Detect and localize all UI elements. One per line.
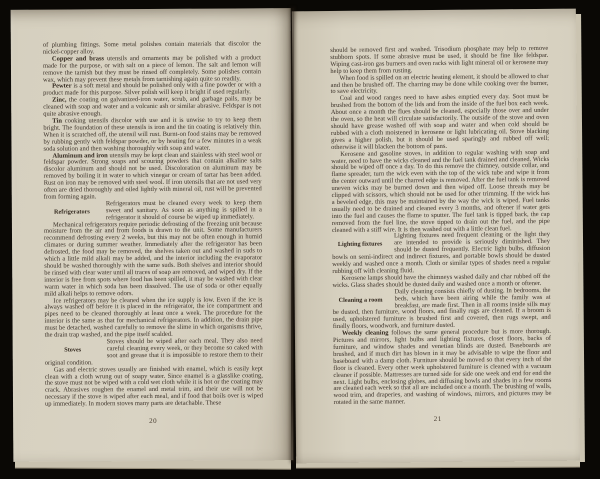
- text-block: should be removed first and washed. Tris…: [330, 46, 551, 407]
- bold-lead: Aluminum and iron: [52, 152, 107, 159]
- paragraph: RefrigeratorsRefrigerators must be clean…: [44, 200, 262, 222]
- left-page: of plumbing fittings. Some metal polishe…: [11, 8, 294, 462]
- paragraph: Cleaning a roomDaily cleaning consists c…: [333, 288, 551, 332]
- paragraph: Copper and brass utensils and ornaments …: [43, 55, 261, 84]
- paragraph: should be removed first and washed. Tris…: [330, 46, 548, 76]
- paragraph: Kerosene and gasoline stoves, in additio…: [331, 150, 550, 235]
- book-gutter-shadow: [291, 8, 294, 462]
- right-page: should be removed first and washed. Tris…: [292, 9, 580, 464]
- paragraph: Lighting fixturesLighting fixtures need …: [332, 232, 550, 276]
- paragraph: Mechanical refrigerators require periodi…: [44, 221, 262, 298]
- side-heading: Lighting fixtures: [332, 234, 394, 255]
- book-scan: of plumbing fittings. Some metal polishe…: [0, 0, 600, 479]
- bold-lead: Weekly cleaning: [342, 330, 389, 337]
- paragraph: Ice refrigerators may be cleaned when th…: [44, 297, 262, 340]
- page-number: 21: [296, 414, 580, 425]
- paragraph: Weekly cleaning follows the same general…: [333, 329, 552, 407]
- bold-lead: Tin: [52, 118, 62, 125]
- side-heading: Refrigerators: [44, 201, 106, 222]
- paragraph: StovesStoves should be wiped after each …: [45, 338, 263, 367]
- paragraph: Tin cooking utensils discolor with use a…: [43, 117, 261, 153]
- bold-lead: Zinc,: [52, 97, 66, 104]
- paragraph: Gas and electric stoves usually are fini…: [45, 366, 263, 409]
- text-block: of plumbing fittings. Some metal polishe…: [43, 41, 263, 408]
- paragraph: Zinc, the coating on galvanized-iron wat…: [43, 97, 261, 119]
- paragraph: Aluminum and iron utensils may be kept c…: [43, 152, 261, 202]
- bold-lead: Copper and brass: [52, 55, 104, 62]
- bold-lead: Pewter: [52, 83, 72, 90]
- page-number: 20: [13, 416, 293, 426]
- side-heading: Cleaning a room: [333, 289, 395, 310]
- side-heading: Stoves: [45, 339, 107, 360]
- paragraph: Coal and wood ranges need to have ashes …: [331, 94, 550, 151]
